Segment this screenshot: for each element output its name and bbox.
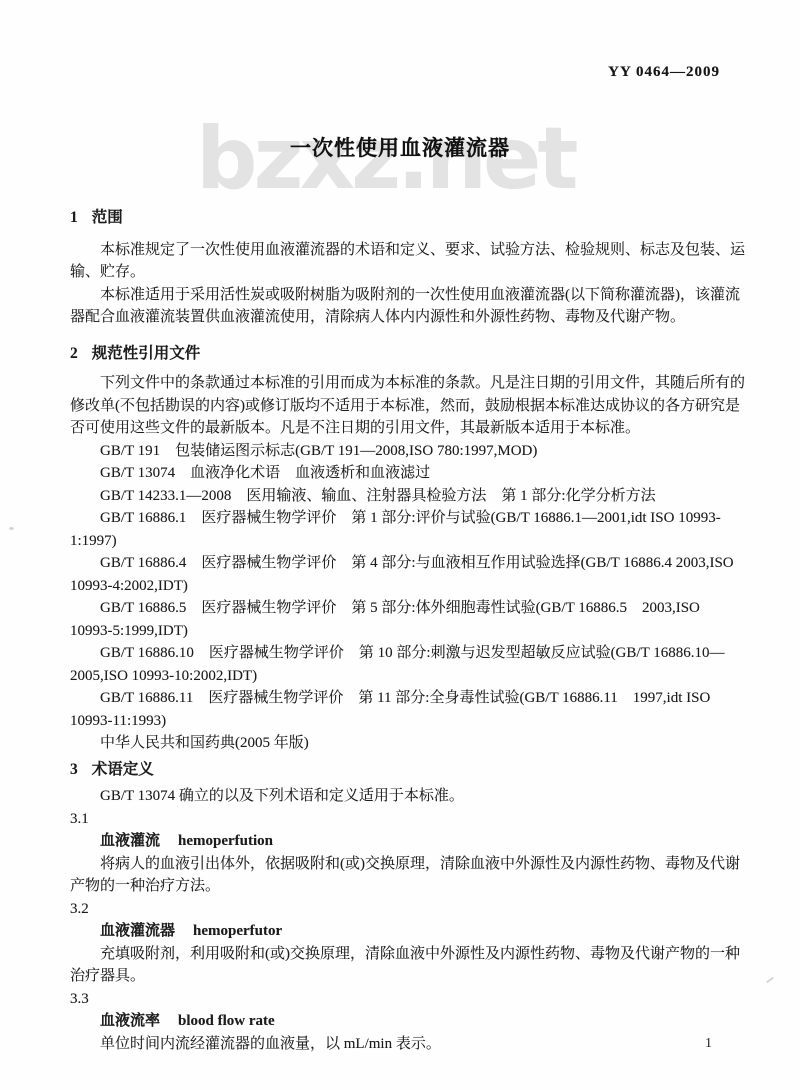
section-heading-text: 术语定义: [92, 761, 154, 778]
term-title: 血液灌流hemoperfution: [70, 830, 746, 853]
term-name-zh: 血液灌流: [100, 833, 160, 849]
section-heading-normative-references: 2规范性引用文件: [70, 343, 746, 366]
reference-item: GB/T 16886.4 医疗器械生物学评价 第 4 部分:与血液相互作用试验选…: [70, 552, 746, 597]
paragraph: 下列文件中的条款通过本标准的引用而成为本标准的条款。凡是注日期的引用文件，其随后…: [70, 372, 746, 440]
section-number: 1: [70, 209, 78, 226]
reference-item: 中华人民共和国药典(2005 年版): [70, 732, 746, 755]
standard-doc-code: YY 0464—2009: [608, 64, 720, 81]
term-definition: 将病人的血液引出体外，依据吸附和(或)交换原理，清除血液中外源性及内源性药物、毒…: [70, 853, 746, 898]
paragraph: GB/T 13074 确立的以及下列术语和定义适用于本标准。: [70, 785, 746, 808]
section-heading-text: 范围: [92, 209, 123, 226]
section-number: 2: [70, 345, 78, 362]
reference-item: GB/T 16886.11 医疗器械生物学评价 第 11 部分:全身毒性试验(G…: [70, 687, 746, 732]
reference-item: GB/T 16886.1 医疗器械生物学评价 第 1 部分:评价与试验(GB/T…: [70, 507, 746, 552]
term-name-zh: 血液灌流器: [100, 923, 175, 939]
section-heading-terms-definitions: 3术语定义: [70, 759, 746, 782]
reference-item: GB/T 14233.1—2008 医用输液、输血、注射器具检验方法 第 1 部…: [70, 485, 746, 508]
term-name-en: hemoperfutor: [193, 923, 282, 939]
term-title: 血液流率blood flow rate: [70, 1010, 746, 1033]
term-number: 3.1: [70, 808, 746, 831]
scan-artifact-dot: [9, 527, 14, 530]
term-name-en: blood flow rate: [178, 1013, 275, 1029]
document-title: 一次性使用血液灌流器: [0, 132, 800, 162]
term-name-zh: 血液流率: [100, 1013, 160, 1029]
term-number: 3.2: [70, 898, 746, 921]
page-number: 1: [705, 1036, 712, 1052]
paragraph: 本标准适用于采用活性炭或吸附树脂为吸附剂的一次性使用血液灌流器(以下简称灌流器)…: [70, 284, 746, 329]
term-number: 3.3: [70, 988, 746, 1011]
section-number: 3: [70, 761, 78, 778]
section-heading-scope: 1范围: [70, 207, 746, 230]
term-definition: 单位时间内流经灌流器的血液量，以 mL/min 表示。: [70, 1033, 746, 1056]
section-heading-text: 规范性引用文件: [92, 345, 201, 362]
reference-item: GB/T 13074 血液净化术语 血液透析和血液滤过: [70, 462, 746, 485]
reference-item: GB/T 16886.10 医疗器械生物学评价 第 10 部分:刺激与迟发型超敏…: [70, 642, 746, 687]
document-body: 1范围 本标准规定了一次性使用血液灌流器的术语和定义、要求、试验方法、检验规则、…: [70, 207, 746, 1055]
reference-item: GB/T 16886.5 医疗器械生物学评价 第 5 部分:体外细胞毒性试验(G…: [70, 597, 746, 642]
paragraph: 本标准规定了一次性使用血液灌流器的术语和定义、要求、试验方法、检验规则、标志及包…: [70, 239, 746, 284]
document-page: YY 0464—2009 bzxz.net 一次性使用血液灌流器 1范围 本标准…: [0, 0, 800, 1090]
term-definition: 充填吸附剂，利用吸附和(或)交换原理，清除血液中外源性及内源性药物、毒物及代谢产…: [70, 943, 746, 988]
term-title: 血液灌流器hemoperfutor: [70, 920, 746, 943]
scan-artifact-mark: [766, 977, 774, 983]
term-name-en: hemoperfution: [178, 833, 273, 849]
reference-item: GB/T 191 包装储运图示标志(GB/T 191—2008,ISO 780:…: [70, 440, 746, 463]
